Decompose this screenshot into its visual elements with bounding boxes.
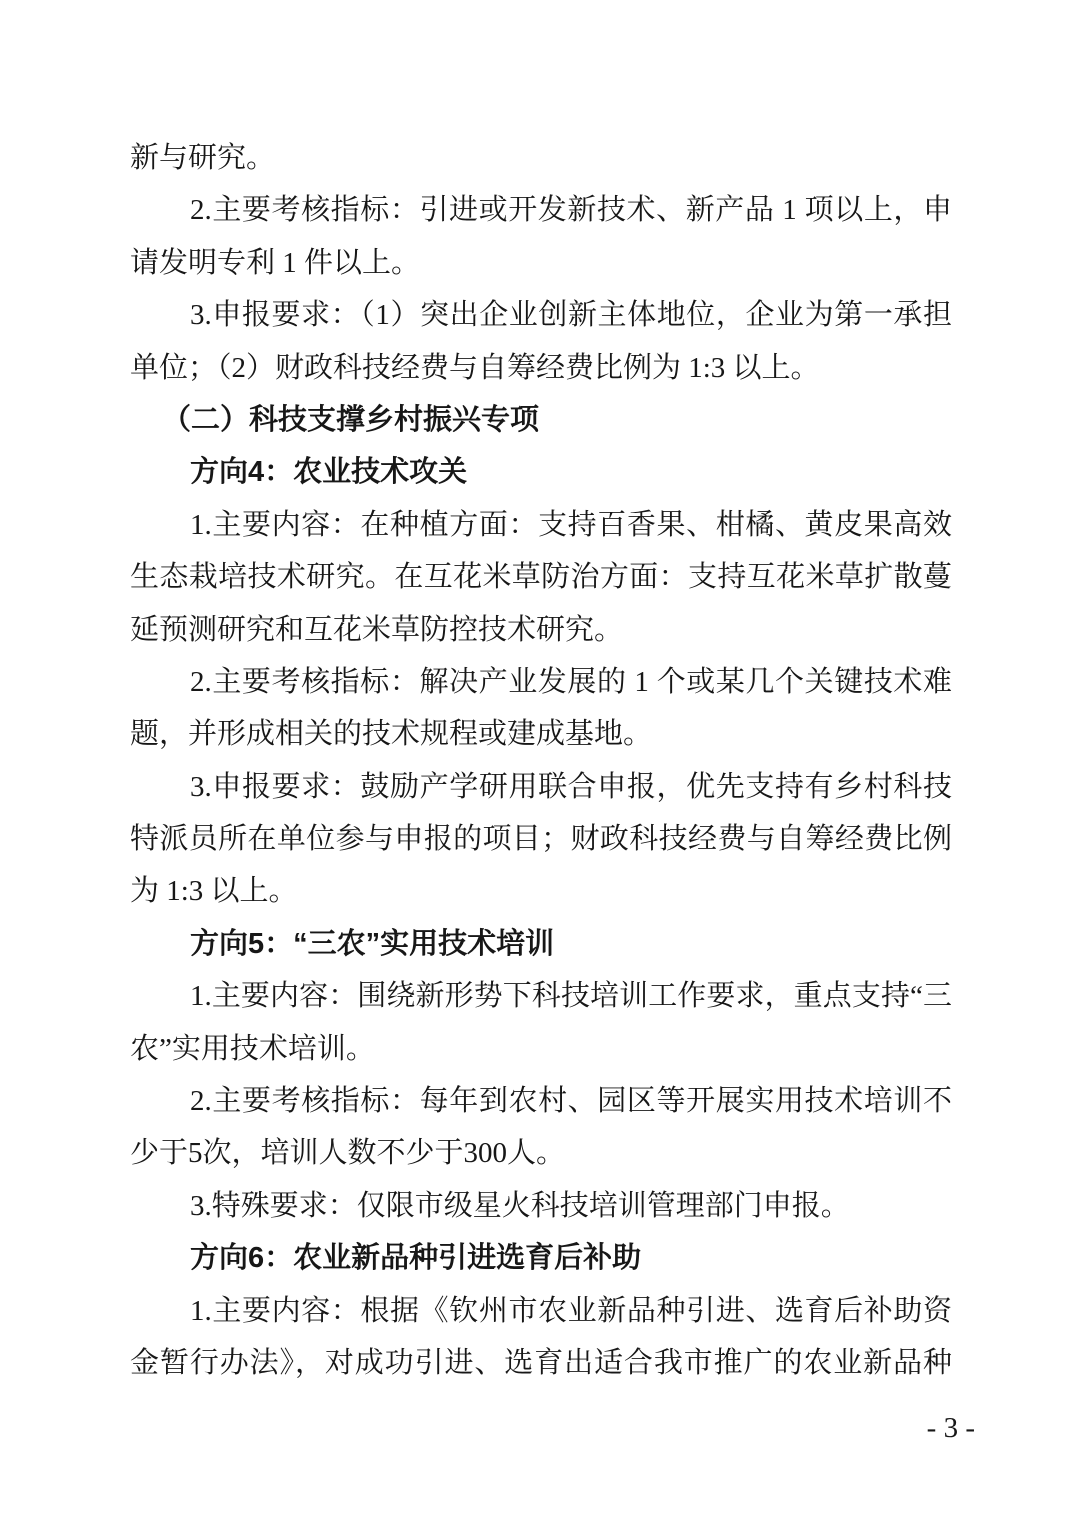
- direction-heading: 方向4：农业技术攻关: [130, 446, 952, 498]
- text-line: 请发明专利 1 件以上。: [130, 237, 952, 289]
- text-line: 1.主要内容：在种植方面：支持百香果、柑橘、黄皮果高效: [130, 499, 952, 551]
- text-line: 2.主要考核指标：每年到农村、园区等开展实用技术培训不: [130, 1075, 952, 1127]
- text-line: 生态栽培技术研究。在互花米草防治方面：支持互花米草扩散蔓: [130, 551, 952, 603]
- text-line: 农”实用技术培训。: [130, 1023, 952, 1075]
- text-line: 新与研究。: [130, 132, 952, 184]
- section-heading: （二）科技支撑乡村振兴专项: [130, 394, 952, 446]
- text-line: 3.申报要求：（1）突出企业创新主体地位，企业为第一承担: [130, 289, 952, 341]
- direction-heading: 方向5：“三农”实用技术培训: [130, 918, 952, 970]
- text-line: 特派员所在单位参与申报的项目；财政科技经费与自筹经费比例: [130, 813, 952, 865]
- text-line: 1.主要内容：围绕新形势下科技培训工作要求，重点支持“三: [130, 970, 952, 1022]
- text-line: 单位；（2）财政科技经费与自筹经费比例为 1:3 以上。: [130, 342, 952, 394]
- text-line: 2.主要考核指标：引进或开发新技术、新产品 1 项以上，申: [130, 184, 952, 236]
- text-line: 3.特殊要求：仅限市级星火科技培训管理部门申报。: [130, 1180, 952, 1232]
- text-line: 金暂行办法》，对成功引进、选育出适合我市推广的农业新品种: [130, 1337, 952, 1389]
- document-page: 新与研究。2.主要考核指标：引进或开发新技术、新产品 1 项以上，申请发明专利 …: [0, 0, 1074, 1520]
- page-number: - 3 -: [927, 1410, 975, 1446]
- text-block: 新与研究。2.主要考核指标：引进或开发新技术、新产品 1 项以上，申请发明专利 …: [130, 132, 952, 1389]
- text-line: 题，并形成相关的技术规程或建成基地。: [130, 708, 952, 760]
- text-line: 1.主要内容：根据《钦州市农业新品种引进、选育后补助资: [130, 1285, 952, 1337]
- text-line: 2.主要考核指标：解决产业发展的 1 个或某几个关键技术难: [130, 656, 952, 708]
- text-line: 3.申报要求：鼓励产学研用联合申报，优先支持有乡村科技: [130, 761, 952, 813]
- text-line: 延预测研究和互花米草防控技术研究。: [130, 604, 952, 656]
- text-line: 为 1:3 以上。: [130, 865, 952, 917]
- direction-heading: 方向6：农业新品种引进选育后补助: [130, 1232, 952, 1284]
- text-line: 少于5次，培训人数不少于300人。: [130, 1127, 952, 1179]
